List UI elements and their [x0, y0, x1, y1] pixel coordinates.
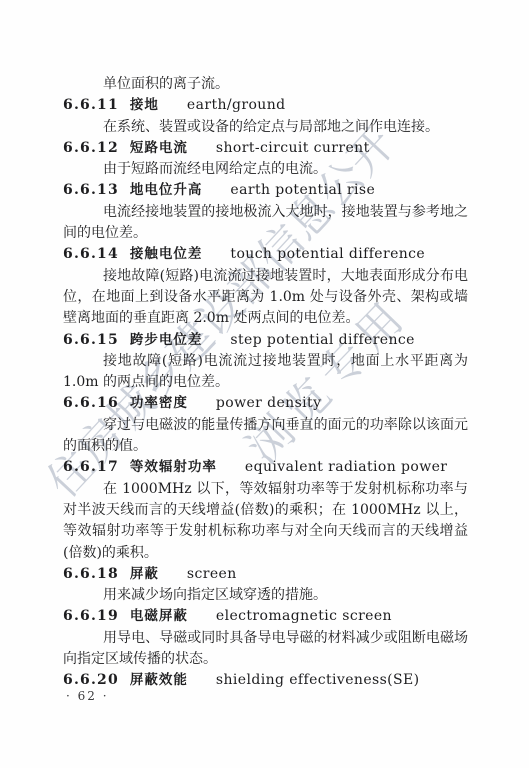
entry-number: 6.6.15 [63, 332, 119, 348]
entry-number: 6.6.20 [63, 672, 119, 688]
entry-term-cn: 等效辐射功率 [130, 459, 217, 475]
entry-head: 6.6.18屏蔽screen [63, 564, 468, 585]
document-page: 住房城乡建设部信息公开 浏览专用 单位面积的离子流。 6.6.11接地earth… [0, 0, 529, 768]
entry-definition: 用导电、导磁或同时具备导电导磁的材料减少或阻断电磁场向指定区域传播的状态。 [63, 628, 468, 671]
entry-term-cn: 短路电流 [130, 140, 188, 156]
entry-number: 6.6.11 [63, 97, 119, 113]
entry-term-en: step potential difference [230, 332, 414, 348]
entry-term-cn: 跨步电位差 [130, 332, 203, 348]
entry-term-cn: 屏蔽 [130, 566, 159, 582]
entry-term-cn: 接地 [130, 97, 159, 113]
entry-term-en: screen [187, 566, 237, 582]
entry-head: 6.6.12短路电流short-circuit current [63, 138, 468, 159]
entry-term-cn: 接触电位差 [130, 246, 203, 262]
entry-term-en: touch potential difference [230, 246, 425, 262]
entry-term-en: equivalent radiation power [245, 459, 447, 475]
entry-term-cn: 功率密度 [130, 395, 188, 411]
entry-definition: 在 1000MHz 以下，等效辐射功率等于发射机标称功率与对半波天线而言的天线增… [63, 479, 468, 564]
entry-term-cn: 电磁屏蔽 [130, 608, 188, 624]
entry-definition: 由于短路而流经电网给定点的电流。 [63, 159, 468, 180]
entry-term-cn: 屏蔽效能 [130, 672, 188, 688]
entry-head: 6.6.17等效辐射功率equivalent radiation power [63, 457, 468, 478]
entry-head: 6.6.11接地earth/ground [63, 95, 468, 116]
entry-definition: 接地故障(短路)电流流过接地装置时，地面上水平距离为 1.0m 的两点间的电位差… [63, 351, 468, 394]
entry-definition: 在系统、装置或设备的给定点与局部地之间作电连接。 [63, 117, 468, 138]
entry-head: 6.6.19电磁屏蔽electromagnetic screen [63, 606, 468, 627]
entry-term-en: electromagnetic screen [216, 608, 392, 624]
entry-number: 6.6.14 [63, 246, 119, 262]
entry-number: 6.6.17 [63, 459, 119, 475]
entry-head: 6.6.20屏蔽效能shielding effectiveness(SE) [63, 670, 468, 691]
entry-number: 6.6.13 [63, 182, 119, 198]
entry-term-en: earth/ground [187, 97, 286, 113]
entry-head: 6.6.15跨步电位差step potential difference [63, 330, 468, 351]
entry-term-en: power density [216, 395, 321, 411]
entry-head: 6.6.16功率密度power density [63, 393, 468, 414]
entry-head: 6.6.14接触电位差touch potential difference [63, 244, 468, 265]
continuation-line: 单位面积的离子流。 [63, 74, 468, 95]
page-number: · 62 · [66, 689, 109, 703]
entry-term-en: shielding effectiveness(SE) [216, 672, 420, 688]
entry-term-en: earth potential rise [230, 182, 375, 198]
entry-definition: 电流经接地装置的接地极流入大地时，接地装置与参考地之间的电位差。 [63, 202, 468, 245]
entry-number: 6.6.18 [63, 566, 119, 582]
entry-number: 6.6.16 [63, 395, 119, 411]
entry-definition: 穿过与电磁波的能量传播方向垂直的面元的功率除以该面元的面积的值。 [63, 415, 468, 458]
entry-definition: 用来减少场向指定区域穿透的措施。 [63, 585, 468, 606]
entry-term-cn: 地电位升高 [130, 182, 203, 198]
entry-term-en: short-circuit current [216, 140, 370, 156]
page-content: 单位面积的离子流。 6.6.11接地earth/ground 在系统、装置或设备… [63, 74, 468, 692]
entry-number: 6.6.19 [63, 608, 119, 624]
entry-definition: 接地故障(短路)电流流过接地装置时，大地表面形成分布电位，在地面上到设备水平距离… [63, 266, 468, 330]
entry-head: 6.6.13地电位升高earth potential rise [63, 180, 468, 201]
entry-number: 6.6.12 [63, 140, 119, 156]
